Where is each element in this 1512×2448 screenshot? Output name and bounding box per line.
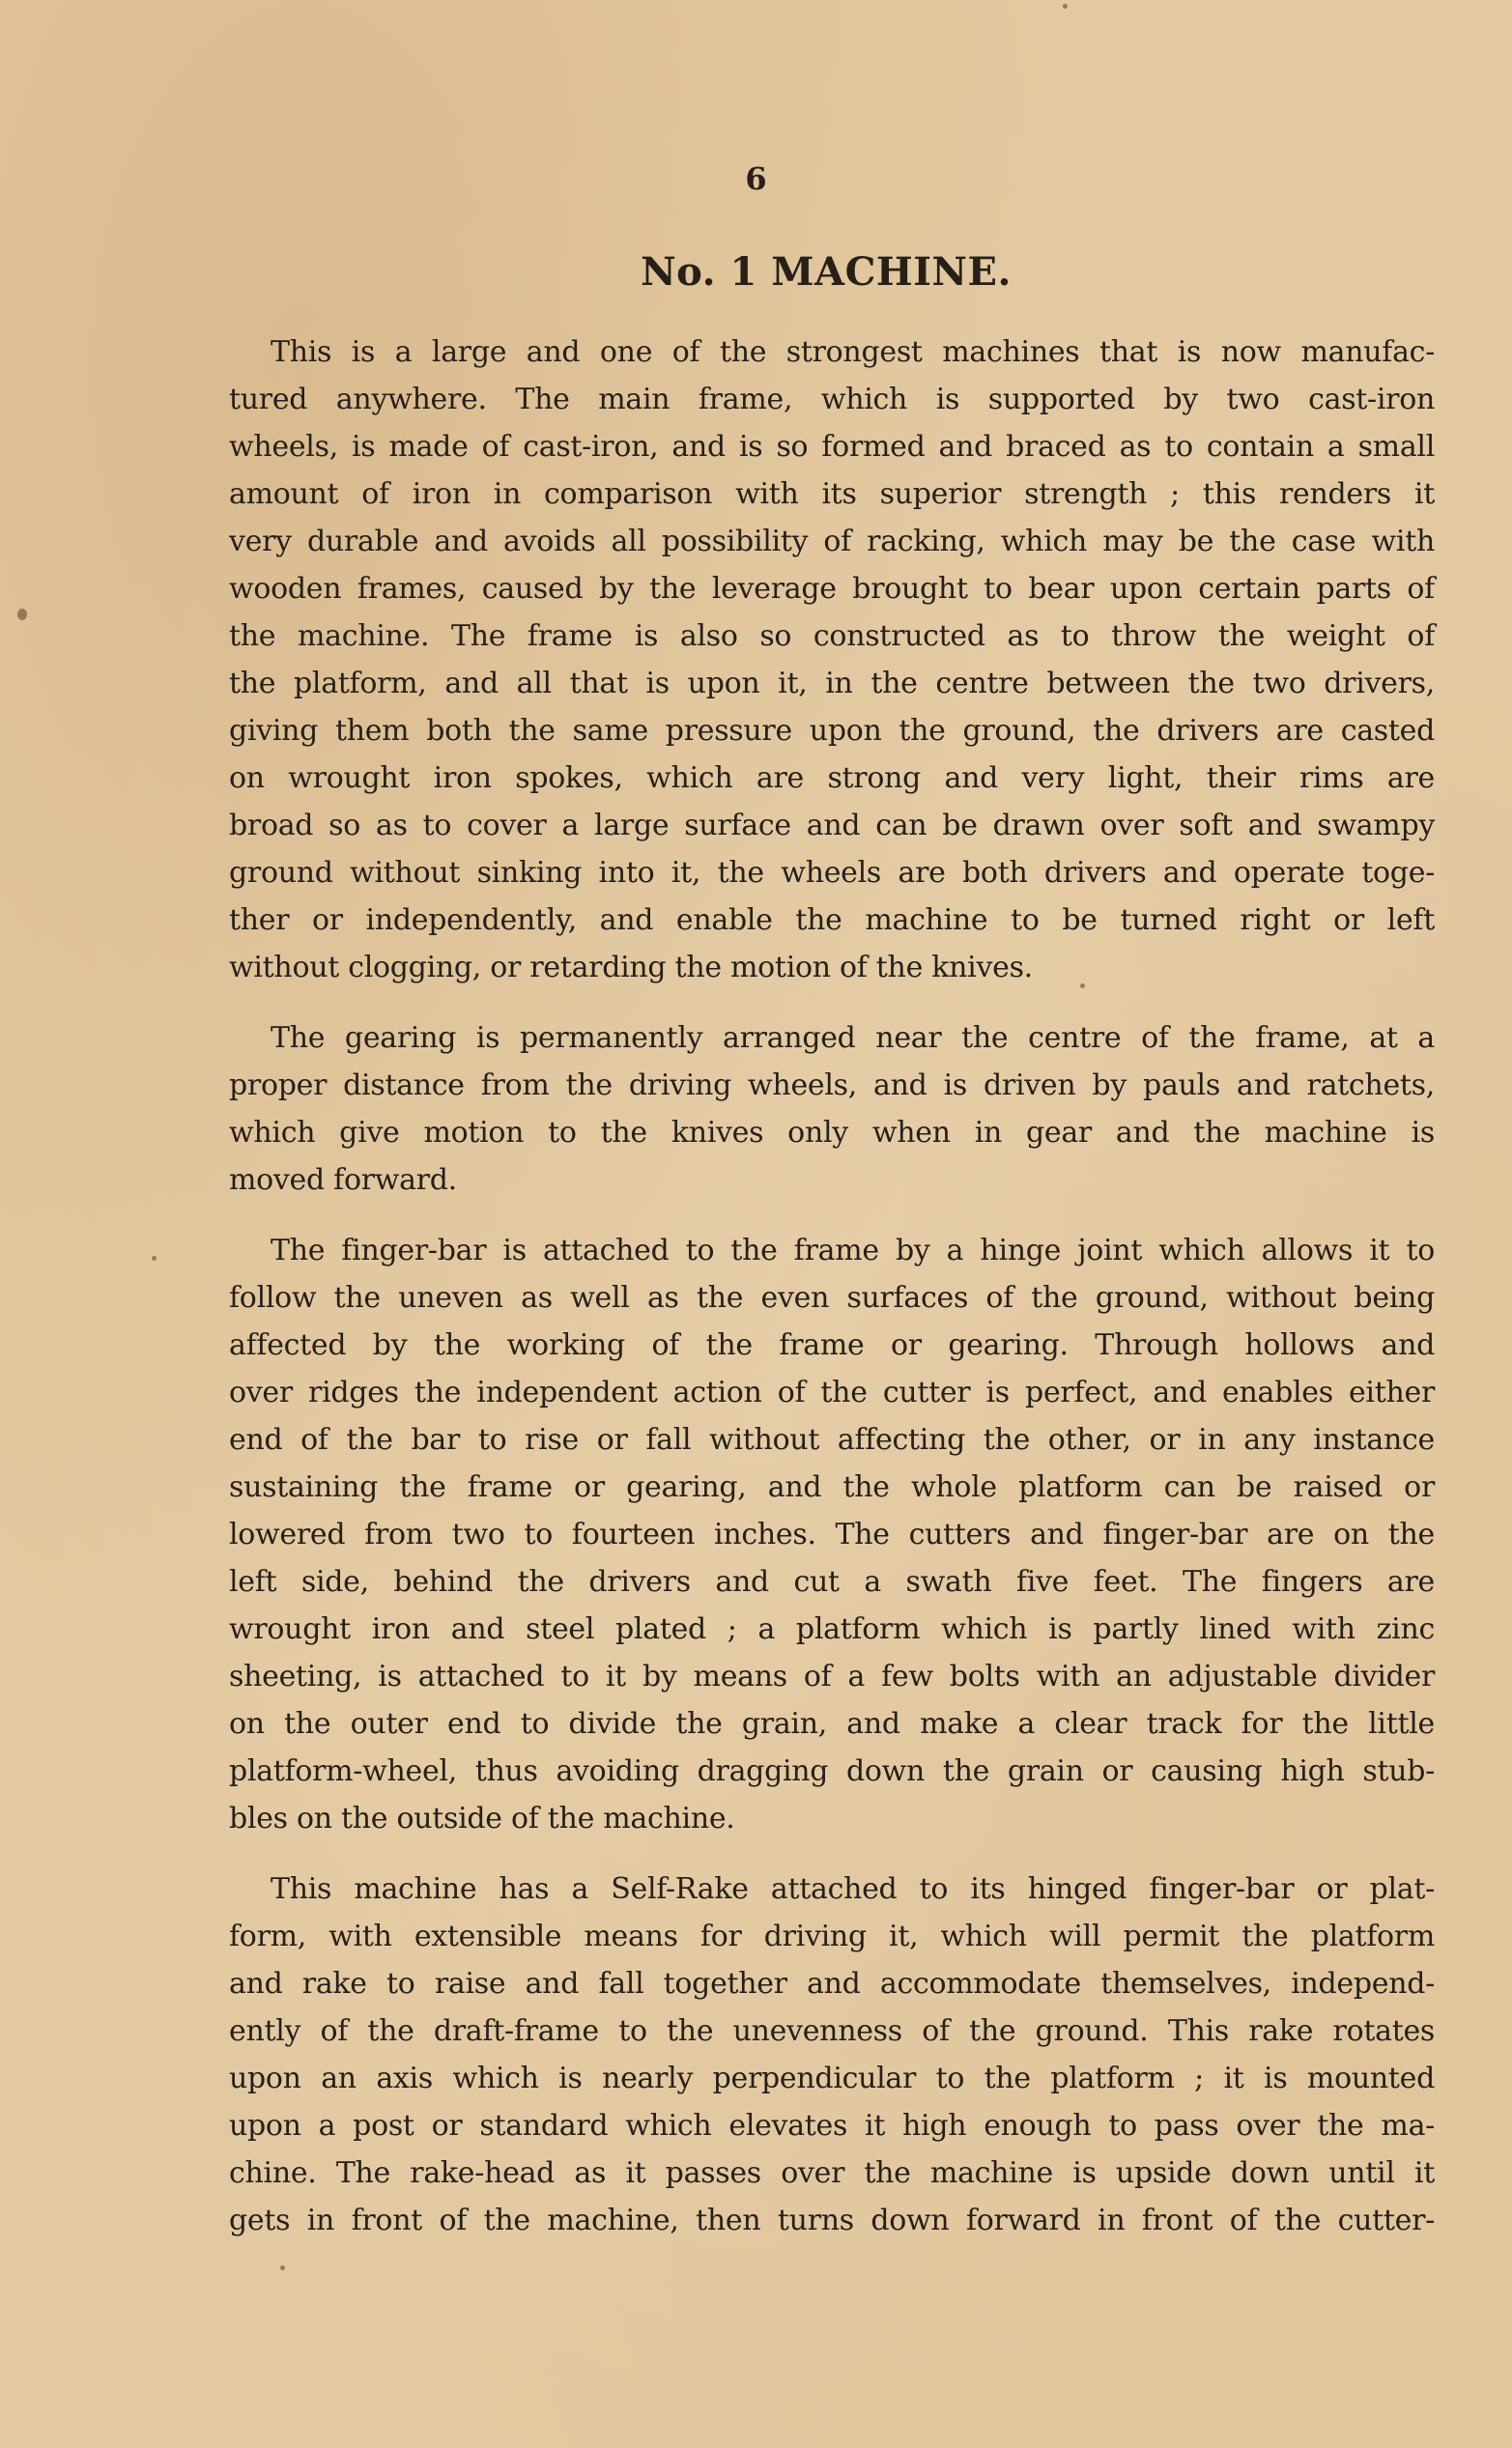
text-line: form, with extensible means for driving … [229, 1913, 1435, 1960]
text-line: the platform, and all that is upon it, i… [229, 660, 1435, 707]
text-line: broad so as to cover a large surface and… [229, 802, 1435, 849]
text-line: and rake to raise and fall together and … [229, 1960, 1435, 2007]
text-line: on wrought iron spokes, which are strong… [229, 754, 1435, 802]
body-text: This is a large and one of the strongest… [229, 328, 1435, 2267]
text-line: gets in front of the machine, then turns… [229, 2197, 1435, 2244]
text-line: wrought iron and steel plated ; a platfo… [229, 1606, 1435, 1653]
text-line: affected by the working of the frame or … [229, 1322, 1435, 1369]
text-line: The gearing is permanently arranged near… [229, 1014, 1435, 1062]
text-line: follow the uneven as well as the even su… [229, 1274, 1435, 1322]
text-line: platform-wheel, thus avoiding dragging d… [229, 1748, 1435, 1795]
text-line: ently of the draft-frame to the unevenne… [229, 2007, 1435, 2055]
page-number: 6 [0, 160, 1512, 197]
text-line: over ridges the independent action of th… [229, 1369, 1435, 1416]
text-line: This is a large and one of the strongest… [229, 328, 1435, 376]
text-line: sheeting, is attached to it by means of … [229, 1653, 1435, 1700]
paragraph-finger-bar: The finger-bar is attached to the frame … [229, 1227, 1435, 1842]
text-line: wooden frames, caused by the leverage br… [229, 565, 1435, 612]
text-line: without clogging, or retarding the motio… [229, 944, 1435, 991]
text-line: This machine has a Self-Rake attached to… [229, 1865, 1435, 1913]
text-line: proper distance from the driving wheels,… [229, 1062, 1435, 1109]
paragraph-frame-description: This is a large and one of the strongest… [229, 328, 1435, 991]
text-line: which give motion to the knives only whe… [229, 1109, 1435, 1156]
text-line: the machine. The frame is also so constr… [229, 612, 1435, 660]
page-title: No. 1 MACHINE. [0, 249, 1512, 295]
paper-speck [1080, 983, 1085, 988]
text-line: amount of iron in comparison with its su… [229, 470, 1435, 518]
text-line: sustaining the frame or gearing, and the… [229, 1464, 1435, 1511]
text-line: ground without sinking into it, the whee… [229, 849, 1435, 897]
text-line: moved forward. [229, 1156, 1435, 1204]
text-line: upon a post or standard which elevates i… [229, 2102, 1435, 2149]
paper-speck [280, 2265, 285, 2270]
text-line: upon an axis which is nearly perpendicul… [229, 2055, 1435, 2102]
paragraph-gearing: The gearing is permanently arranged near… [229, 1014, 1435, 1204]
text-line: The finger-bar is attached to the frame … [229, 1227, 1435, 1274]
text-line: on the outer end to divide the grain, an… [229, 1700, 1435, 1748]
document-page: 6 No. 1 MACHINE. This is a large and one… [0, 0, 1512, 2448]
text-line: tured anywhere. The main frame, which is… [229, 376, 1435, 423]
text-line: giving them both the same pressure upon … [229, 707, 1435, 754]
text-line: wheels, is made of cast-iron, and is so … [229, 423, 1435, 470]
paper-speck [1063, 4, 1068, 9]
text-line: chine. The rake-head as it passes over t… [229, 2149, 1435, 2197]
text-line: left side, behind the drivers and cut a … [229, 1558, 1435, 1606]
paper-stain [17, 609, 27, 620]
text-line: lowered from two to fourteen inches. The… [229, 1511, 1435, 1558]
text-line: end of the bar to rise or fall without a… [229, 1416, 1435, 1464]
text-line: ther or independently, and enable the ma… [229, 897, 1435, 944]
text-line: bles on the outside of the machine. [229, 1795, 1435, 1842]
paper-speck [152, 1256, 157, 1261]
text-line: very durable and avoids all possibility … [229, 518, 1435, 565]
paragraph-self-rake: This machine has a Self-Rake attached to… [229, 1865, 1435, 2244]
